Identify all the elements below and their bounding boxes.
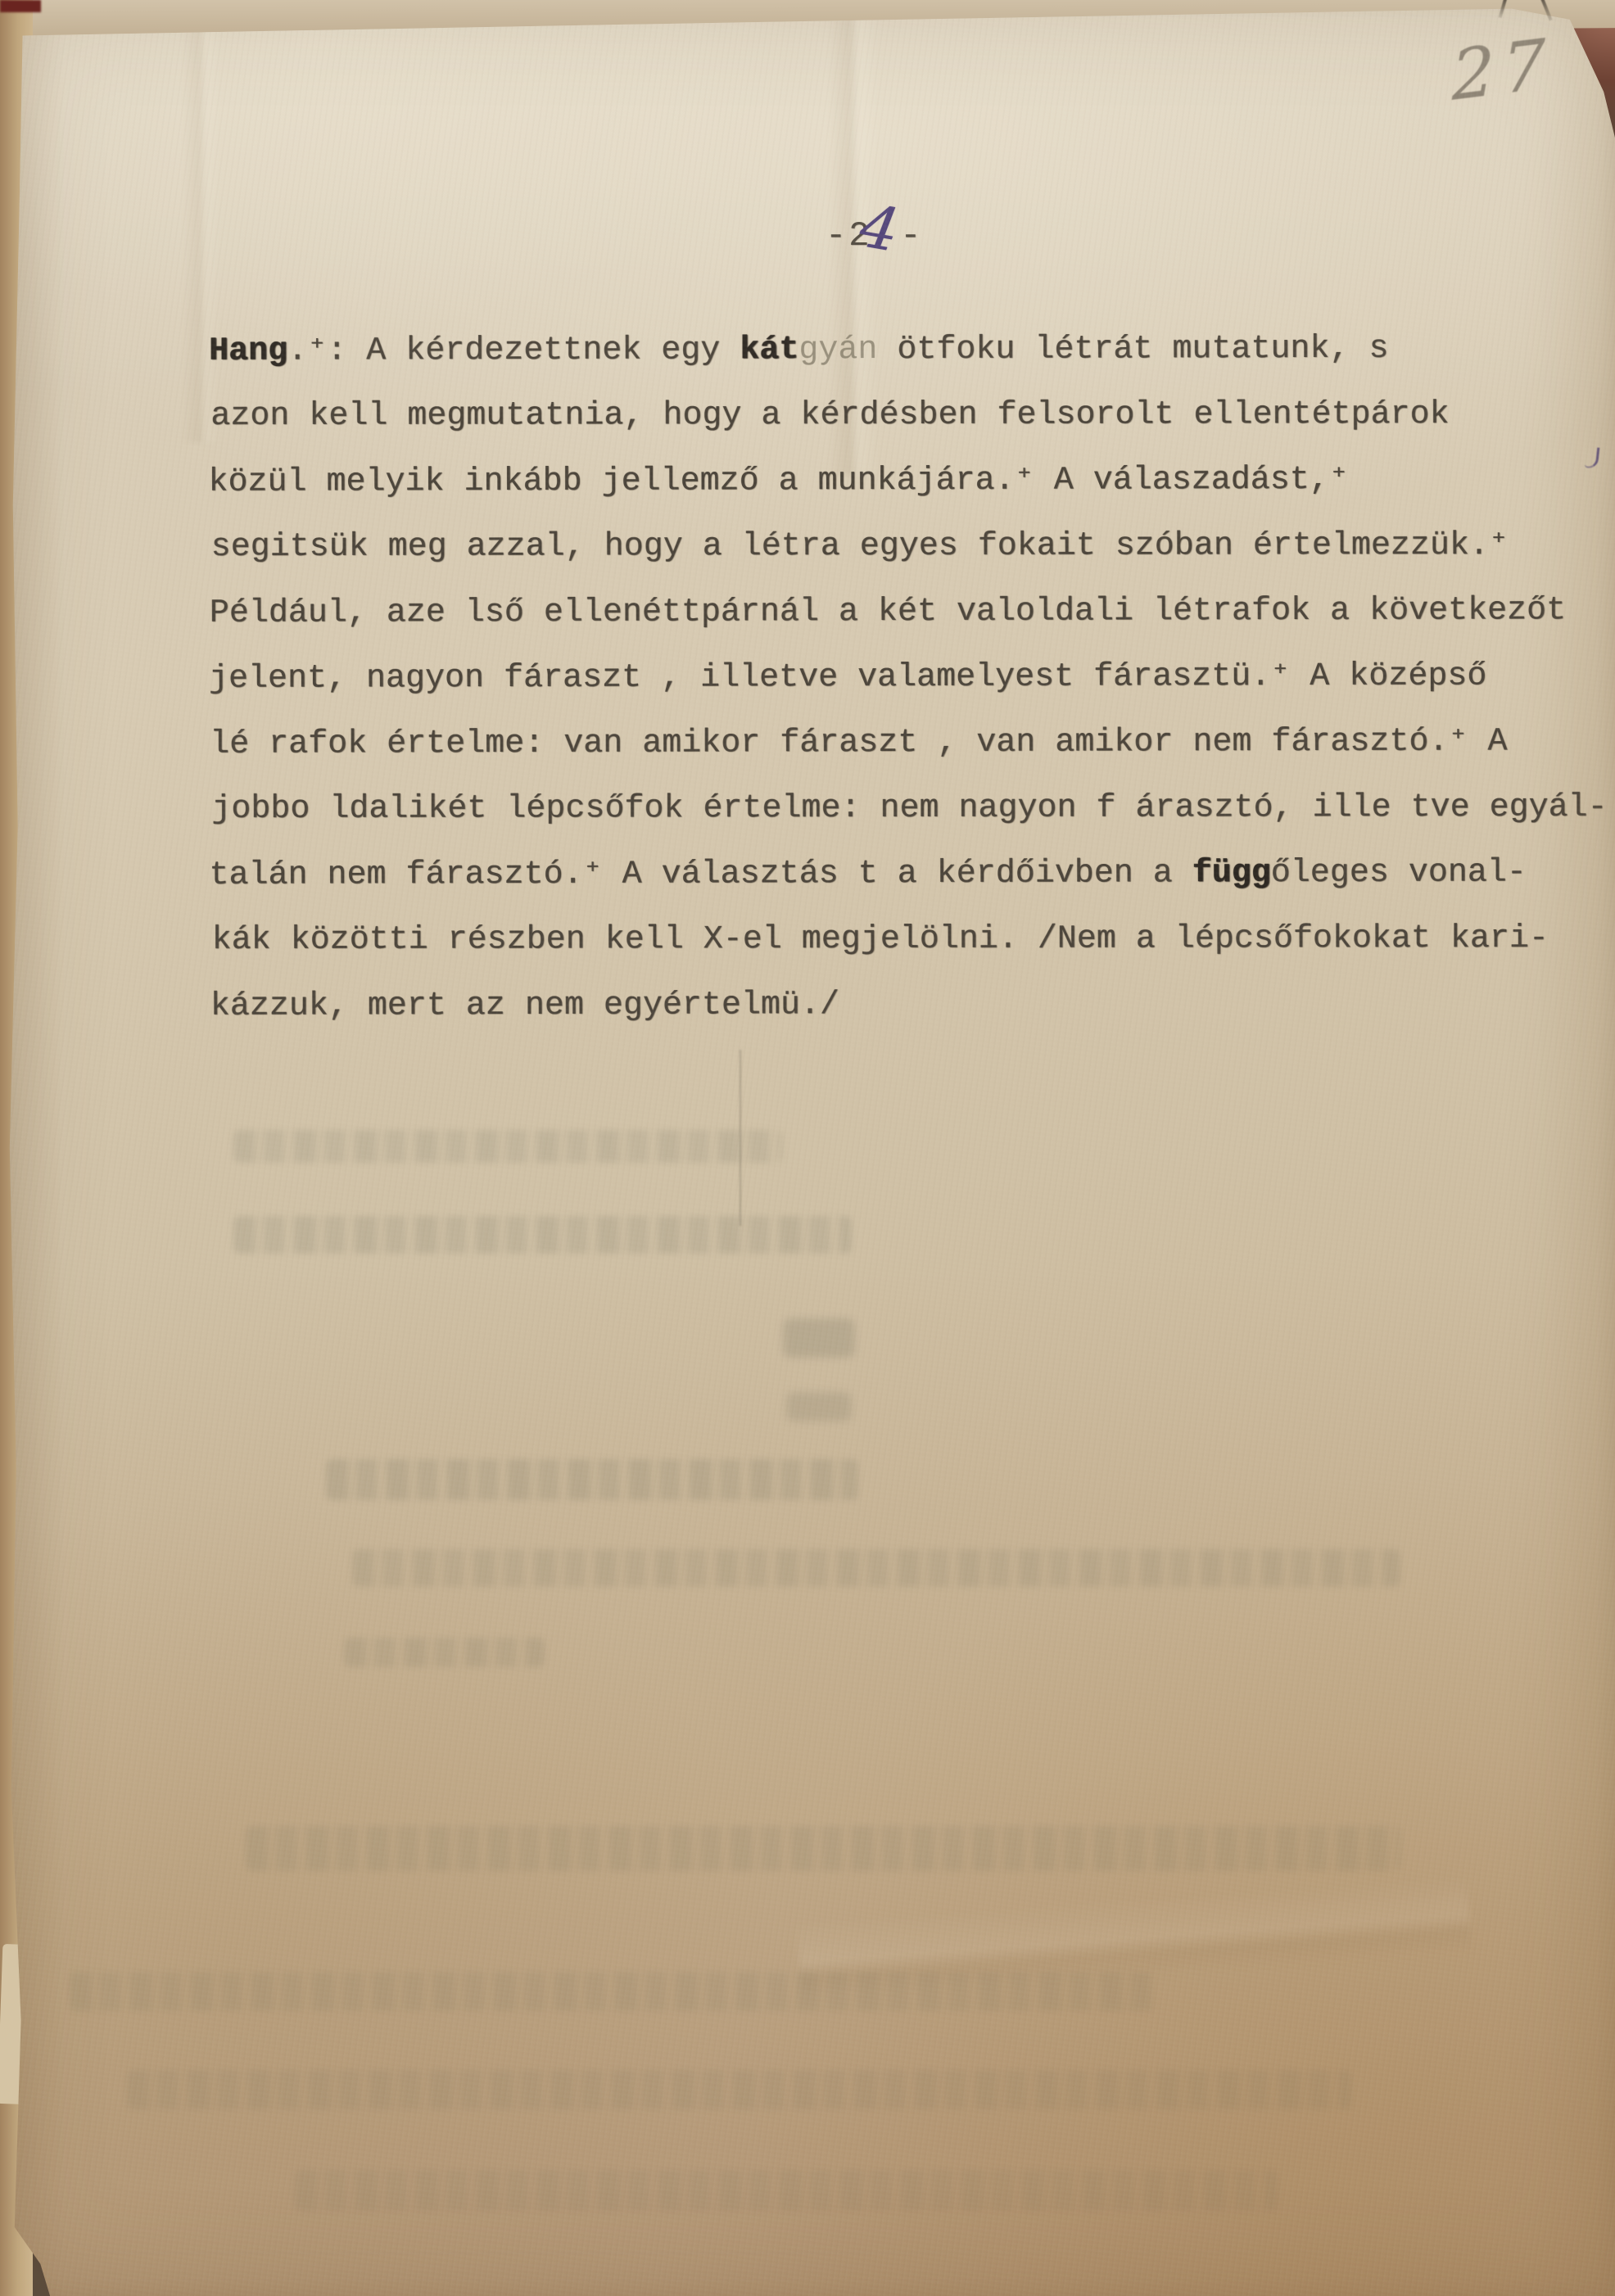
typed-text: Hang.⁺: A kérdezettnek egy kátgyán ötfok… [209, 316, 1611, 1040]
pencil-page-number: 27 [1451, 23, 1554, 116]
typed-text-segment: talán nem fárasztó.⁺ A választás t a kér… [209, 855, 1192, 894]
typed-page-number: -24- [826, 190, 923, 259]
typed-text-segment: .⁺: A kérdezettnek egy [287, 332, 740, 369]
page-number-pen-correction: 4 [856, 191, 907, 265]
ghost-bleed-line [127, 2070, 1351, 2109]
typed-text-segment: jelent, nagyon fáraszt , illetve valamel… [209, 658, 1486, 698]
typed-line: azon kell megmutatnia, hogy a kérdésben … [210, 382, 1611, 450]
typed-text-segment: közül melyik inkább jellemző a munkájára… [208, 462, 1348, 501]
typed-line: segitsük meg azzal, hogy a létra egyes f… [211, 513, 1612, 581]
ghost-bleed-blob [786, 1392, 852, 1421]
scanned-document-photo: 27 -24- Hang.⁺: A kérdezettnek egy kátgy… [0, 0, 1615, 2296]
typed-line: Például, aze lső ellenéttpárnál a két va… [210, 578, 1610, 647]
ghost-bleed-line [70, 1972, 1155, 2011]
typed-text-segment: segitsük meg azzal, hogy a létra egyes f… [211, 527, 1509, 566]
typed-line: Hang.⁺: A kérdezettnek egy kátgyán ötfok… [209, 316, 1609, 385]
typed-text-segment: lé rafok értelme: van amikor fáraszt , v… [210, 723, 1507, 762]
typed-text-segment: kák közötti részben kell X-el megjelölni… [212, 920, 1549, 959]
typed-line: talán nem fárasztó.⁺ A választás t a kér… [209, 840, 1609, 909]
typed-text-segment: függ [1192, 855, 1271, 892]
typed-text-segment: gyán [798, 332, 877, 368]
ghost-bleed-line [246, 1826, 1400, 1871]
ghost-bleed-line [352, 1549, 1400, 1587]
typed-text-segment: jobbo ldalikét lépcsőfok értelme: nem na… [211, 789, 1607, 828]
typed-text-segment: őleges vonal- [1271, 854, 1527, 892]
ghost-bleed-line [233, 1216, 852, 1254]
typed-line: közül melyik inkább jellemző a munkájára… [208, 447, 1608, 516]
page-number-typed-suffix: - [900, 216, 923, 255]
typed-text-segment: azon kell megmutatnia, hogy a kérdésben … [210, 396, 1449, 435]
ghost-bleed-line [233, 1130, 782, 1163]
ghost-bleed-line [295, 2170, 1278, 2211]
typed-text-segment: Például, aze lső ellenéttpárnál a két va… [210, 592, 1566, 631]
typed-line: kák közötti részben kell X-el megjelölni… [212, 906, 1613, 974]
red-corner-mark [0, 0, 41, 12]
typed-line: jobbo ldalikét lépcsőfok értelme: nem na… [211, 775, 1612, 843]
typed-text-segment: kázzuk, mert az nem egyértelmü./ [210, 987, 839, 1025]
typed-line: kázzuk, mert az nem egyértelmü./ [210, 971, 1611, 1040]
ghost-bleed-line [326, 1459, 858, 1500]
typed-text-segment: Hang [209, 333, 287, 370]
typed-text-segment: ötfoku létrát mutatunk, s [877, 331, 1388, 368]
paper-scratch [740, 1050, 741, 1226]
typed-text-segment: kát [740, 332, 798, 368]
ghost-bleed-blob [783, 1318, 855, 1358]
ghost-bleed-line [344, 1638, 545, 1667]
typed-line: lé rafok értelme: van amikor fáraszt , v… [210, 709, 1610, 778]
paper-sheet: 27 -24- Hang.⁺: A kérdezettnek egy kátgy… [0, 0, 1615, 2296]
typed-line: jelent, nagyon fáraszt , illetve valamel… [209, 644, 1609, 712]
